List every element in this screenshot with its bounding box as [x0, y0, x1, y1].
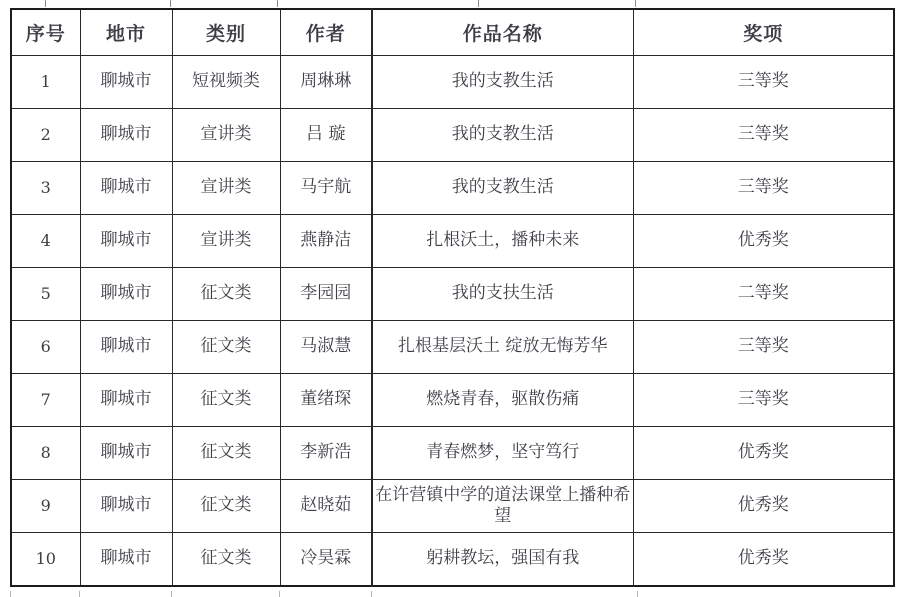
cell-work-title: 我的支教生活: [372, 109, 633, 162]
cell-city: 聊城市: [80, 427, 172, 480]
cell-award: 三等奖: [633, 109, 894, 162]
table-header: 序号 地市 类别 作者 作品名称 奖项: [11, 9, 894, 56]
cell-category: 宣讲类: [172, 215, 280, 268]
table-row: 1聊城市短视频类周琳琳我的支教生活三等奖: [11, 56, 894, 109]
cell-category: 征文类: [172, 374, 280, 427]
cell-city: 聊城市: [80, 374, 172, 427]
cell-category: 宣讲类: [172, 162, 280, 215]
cell-award: 二等奖: [633, 268, 894, 321]
cell-award: 三等奖: [633, 162, 894, 215]
cell-award: 三等奖: [633, 374, 894, 427]
cell-work-title: 我的支扶生活: [372, 268, 633, 321]
cell-city: 聊城市: [80, 215, 172, 268]
cell-city: 聊城市: [80, 533, 172, 587]
cell-city: 聊城市: [80, 109, 172, 162]
cropped-gridline-stub: [170, 0, 171, 7]
header-city: 地市: [80, 9, 172, 56]
cropped-gridline-stub: [277, 0, 278, 7]
cell-author: 李园园: [280, 268, 372, 321]
cell-city: 聊城市: [80, 321, 172, 374]
cropped-gridline-stub: [635, 0, 636, 7]
table-row: 7聊城市征文类董绪琛燃烧青春，驱散伤痛三等奖: [11, 374, 894, 427]
table-row: 10聊城市征文类冷昊霖躬耕教坛，强国有我优秀奖: [11, 533, 894, 587]
cell-city: 聊城市: [80, 56, 172, 109]
table-row: 6聊城市征文类马淑慧扎根基层沃土 绽放无悔芳华三等奖: [11, 321, 894, 374]
header-serial-number: 序号: [11, 9, 80, 56]
table-row: 4聊城市宣讲类燕静洁扎根沃土，播种未来优秀奖: [11, 215, 894, 268]
table-row: 2聊城市宣讲类吕 璇我的支教生活三等奖: [11, 109, 894, 162]
table-row: 5聊城市征文类李园园我的支扶生活二等奖: [11, 268, 894, 321]
cell-award: 优秀奖: [633, 427, 894, 480]
cell-category: 宣讲类: [172, 109, 280, 162]
cell-work-title: 在许营镇中学的道法课堂上播种希望: [372, 480, 633, 533]
cell-author: 吕 璇: [280, 109, 372, 162]
cropped-gridline-stub: [45, 0, 46, 7]
cell-work-title: 躬耕教坛，强国有我: [372, 533, 633, 587]
cell-work-title: 扎根沃土，播种未来: [372, 215, 633, 268]
cell-work-title: 扎根基层沃土 绽放无悔芳华: [372, 321, 633, 374]
award-results-table: 序号 地市 类别 作者 作品名称 奖项 1聊城市短视频类周琳琳我的支教生活三等奖…: [10, 8, 895, 587]
cell-author: 李新浩: [280, 427, 372, 480]
cell-serial-number: 9: [11, 480, 80, 533]
cell-category: 征文类: [172, 268, 280, 321]
cell-city: 聊城市: [80, 480, 172, 533]
cell-serial-number: 6: [11, 321, 80, 374]
cell-category: 征文类: [172, 533, 280, 587]
cell-work-title: 我的支教生活: [372, 56, 633, 109]
cell-category: 征文类: [172, 427, 280, 480]
cell-award: 三等奖: [633, 321, 894, 374]
cell-author: 冷昊霖: [280, 533, 372, 587]
table-row: 8聊城市征文类李新浩青春燃梦，坚守笃行优秀奖: [11, 427, 894, 480]
header-row: 序号 地市 类别 作者 作品名称 奖项: [11, 9, 894, 56]
header-award: 奖项: [633, 9, 894, 56]
cell-serial-number: 7: [11, 374, 80, 427]
table-body: 1聊城市短视频类周琳琳我的支教生活三等奖2聊城市宣讲类吕 璇我的支教生活三等奖3…: [11, 56, 894, 587]
cropped-gridline-stub: [478, 0, 479, 7]
table-row: 3聊城市宣讲类马宇航我的支教生活三等奖: [11, 162, 894, 215]
cell-author: 董绪琛: [280, 374, 372, 427]
cell-author: 马淑慧: [280, 321, 372, 374]
cell-serial-number: 2: [11, 109, 80, 162]
cell-work-title: 青春燃梦，坚守笃行: [372, 427, 633, 480]
cell-author: 燕静洁: [280, 215, 372, 268]
header-author: 作者: [280, 9, 372, 56]
cell-author: 周琳琳: [280, 56, 372, 109]
cell-serial-number: 3: [11, 162, 80, 215]
cell-serial-number: 8: [11, 427, 80, 480]
table-row: 9聊城市征文类赵晓茹在许营镇中学的道法课堂上播种希望优秀奖: [11, 480, 894, 533]
cell-serial-number: 1: [11, 56, 80, 109]
cell-work-title: 燃烧青春，驱散伤痛: [372, 374, 633, 427]
page-canvas: 序号 地市 类别 作者 作品名称 奖项 1聊城市短视频类周琳琳我的支教生活三等奖…: [0, 0, 897, 597]
cell-author: 赵晓茹: [280, 480, 372, 533]
cropped-gridline-stub: [171, 591, 172, 597]
cell-category: 征文类: [172, 480, 280, 533]
header-work-title: 作品名称: [372, 9, 633, 56]
cell-serial-number: 5: [11, 268, 80, 321]
cell-award: 优秀奖: [633, 215, 894, 268]
cell-city: 聊城市: [80, 268, 172, 321]
cropped-gridline-stub: [79, 591, 80, 597]
cell-award: 优秀奖: [633, 480, 894, 533]
cell-work-title: 我的支教生活: [372, 162, 633, 215]
cell-city: 聊城市: [80, 162, 172, 215]
cropped-gridline-stub: [279, 591, 280, 597]
cropped-gridline-stub: [371, 591, 372, 597]
cell-award: 三等奖: [633, 56, 894, 109]
cell-serial-number: 10: [11, 533, 80, 587]
cell-category: 短视频类: [172, 56, 280, 109]
cell-category: 征文类: [172, 321, 280, 374]
cropped-gridline-stub: [10, 591, 11, 597]
cropped-gridline-stub: [637, 591, 638, 597]
cell-serial-number: 4: [11, 215, 80, 268]
header-category: 类别: [172, 9, 280, 56]
cell-award: 优秀奖: [633, 533, 894, 587]
cell-author: 马宇航: [280, 162, 372, 215]
